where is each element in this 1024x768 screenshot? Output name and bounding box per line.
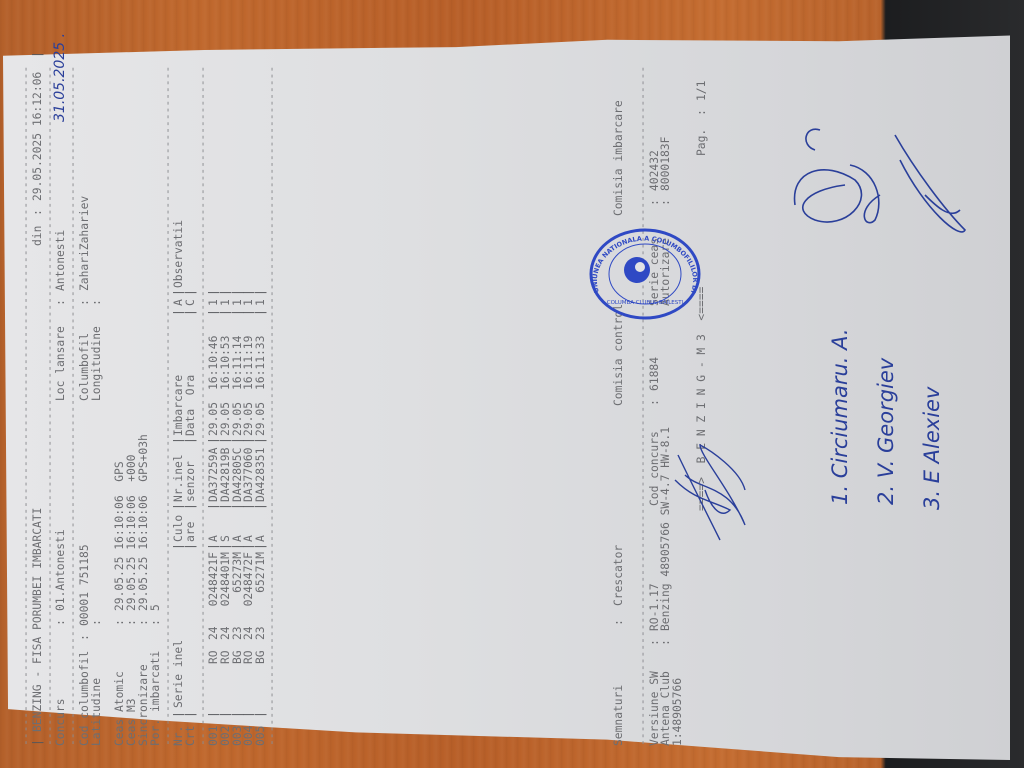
- ac-flag: 1: [255, 299, 267, 306]
- official-stamp-icon: UNIUNEA NATIONALA A COLUMBOFILILOR DIN R…: [585, 224, 705, 322]
- antenna-row: Antena Club : Benzing 48905766 SW-4.7 HW…: [660, 46, 672, 746]
- row-number: 002: [220, 726, 232, 746]
- row-number: 005: [255, 726, 267, 746]
- device-banner-row: ====> B E N Z I N G - M 3 <==== Pag. : 1…: [696, 46, 708, 746]
- table-row: 001|RO240248421F|A|DA37259A|29.0516:10:4…: [208, 46, 220, 746]
- pigeon-table: 001|RO240248421F|A|DA37259A|29.0516:10:4…: [208, 46, 266, 746]
- embarked-count: 5: [150, 604, 162, 611]
- sync-row: Sincronizare : 29.05.25 16:10:06 GPS+03h: [138, 46, 150, 746]
- signatures-row: Semnaturi : Crescator Comisia control Co…: [613, 46, 625, 746]
- print-date: 29.05.2025 16:12:06: [32, 72, 44, 201]
- breeder-code: 00001 751185: [79, 544, 91, 626]
- embark-time: 16:10:53: [220, 336, 232, 390]
- committee-signatures-scribble: [785, 110, 975, 250]
- signature-breeder: Crescator: [613, 545, 625, 606]
- svg-text:COLUMBA CLUBUL BAILESTI: COLUMBA CLUBUL BAILESTI: [607, 300, 684, 306]
- breeder-name: ZahariZahariev: [79, 196, 91, 291]
- embark-time: 16:11:33: [255, 336, 267, 390]
- breeder-signature-scribble: [650, 430, 760, 550]
- ac-flag: 1: [220, 299, 232, 306]
- handwritten-date: 31.05.2025 .: [52, 33, 68, 122]
- ring-country: BG: [255, 650, 267, 664]
- sensor-ring: DA42819B: [220, 448, 232, 502]
- embark-date: 29.05: [255, 402, 267, 436]
- ring-year: 24: [220, 626, 232, 640]
- table-header: Crt | | are | senzor | Data Ora | C |: [185, 46, 197, 746]
- ring-number: 65271M: [255, 552, 267, 616]
- embarked-count-row: Por. imbarcati : 5: [150, 46, 162, 746]
- ring-country: RO: [220, 650, 232, 664]
- atomic-clock-row: Ceas Atomic : 29.05.25 16:10:06 GPS: [114, 46, 126, 746]
- ring-year: 23: [255, 626, 267, 640]
- release-location: Antonesti: [55, 230, 67, 291]
- table-row: 002|RO240248401M|S|DA42819B|29.0516:10:5…: [220, 46, 232, 746]
- id-row: 1:48905766: [672, 46, 684, 746]
- form-title: BENZING - FISA PORUMBEI IMBARCATI: [32, 508, 44, 732]
- committee-name-3: 3. E Alexiev: [920, 387, 944, 510]
- pigeon-color: S: [220, 535, 232, 542]
- m3-clock-row: Ceas M3 : 29.05.25 16:10:06 +000: [126, 46, 138, 746]
- divider: ----------------------------------------…: [637, 46, 649, 746]
- committee-name-2: 2. V. Georgiev: [874, 358, 898, 505]
- divider: ----------------------------------------…: [266, 46, 278, 746]
- sensor-ring: DA428351: [255, 448, 267, 502]
- table-row: 003|BG2365273M|A|DA42805C|29.0516:11:14|…: [232, 46, 244, 746]
- embark-date: 29.05: [220, 402, 232, 436]
- concurs-value: 01.Antonesti: [55, 529, 67, 611]
- table-row: 004|RO240248472F|A|DA377060|29.0516:11:1…: [243, 46, 255, 746]
- page-number: 1/1: [696, 81, 708, 101]
- divider: ----------------------------------------…: [197, 46, 209, 746]
- coordinates-row: Latitudine : Longitudine :: [91, 46, 103, 746]
- pigeon-color: A: [255, 535, 267, 542]
- date-label: din: [32, 226, 44, 246]
- signature-embarkation: Comisia imbarcare: [613, 100, 625, 216]
- table-row: 005|BG2365271M|A|DA428351|29.0516:11:33|…: [255, 46, 267, 746]
- breeder-code-row: Cod columbofil : 00001 751185 Columbofil…: [79, 46, 91, 746]
- ring-number: 0248401M: [220, 552, 232, 616]
- form-header: | BENZING - FISA PORUMBEI IMBARCATI din …: [32, 46, 44, 746]
- committee-name-1: 1. Circiumaru. A.: [828, 328, 852, 505]
- concurs-row: Concurs : 01.Antonesti Loc lansare : Ant…: [55, 46, 67, 746]
